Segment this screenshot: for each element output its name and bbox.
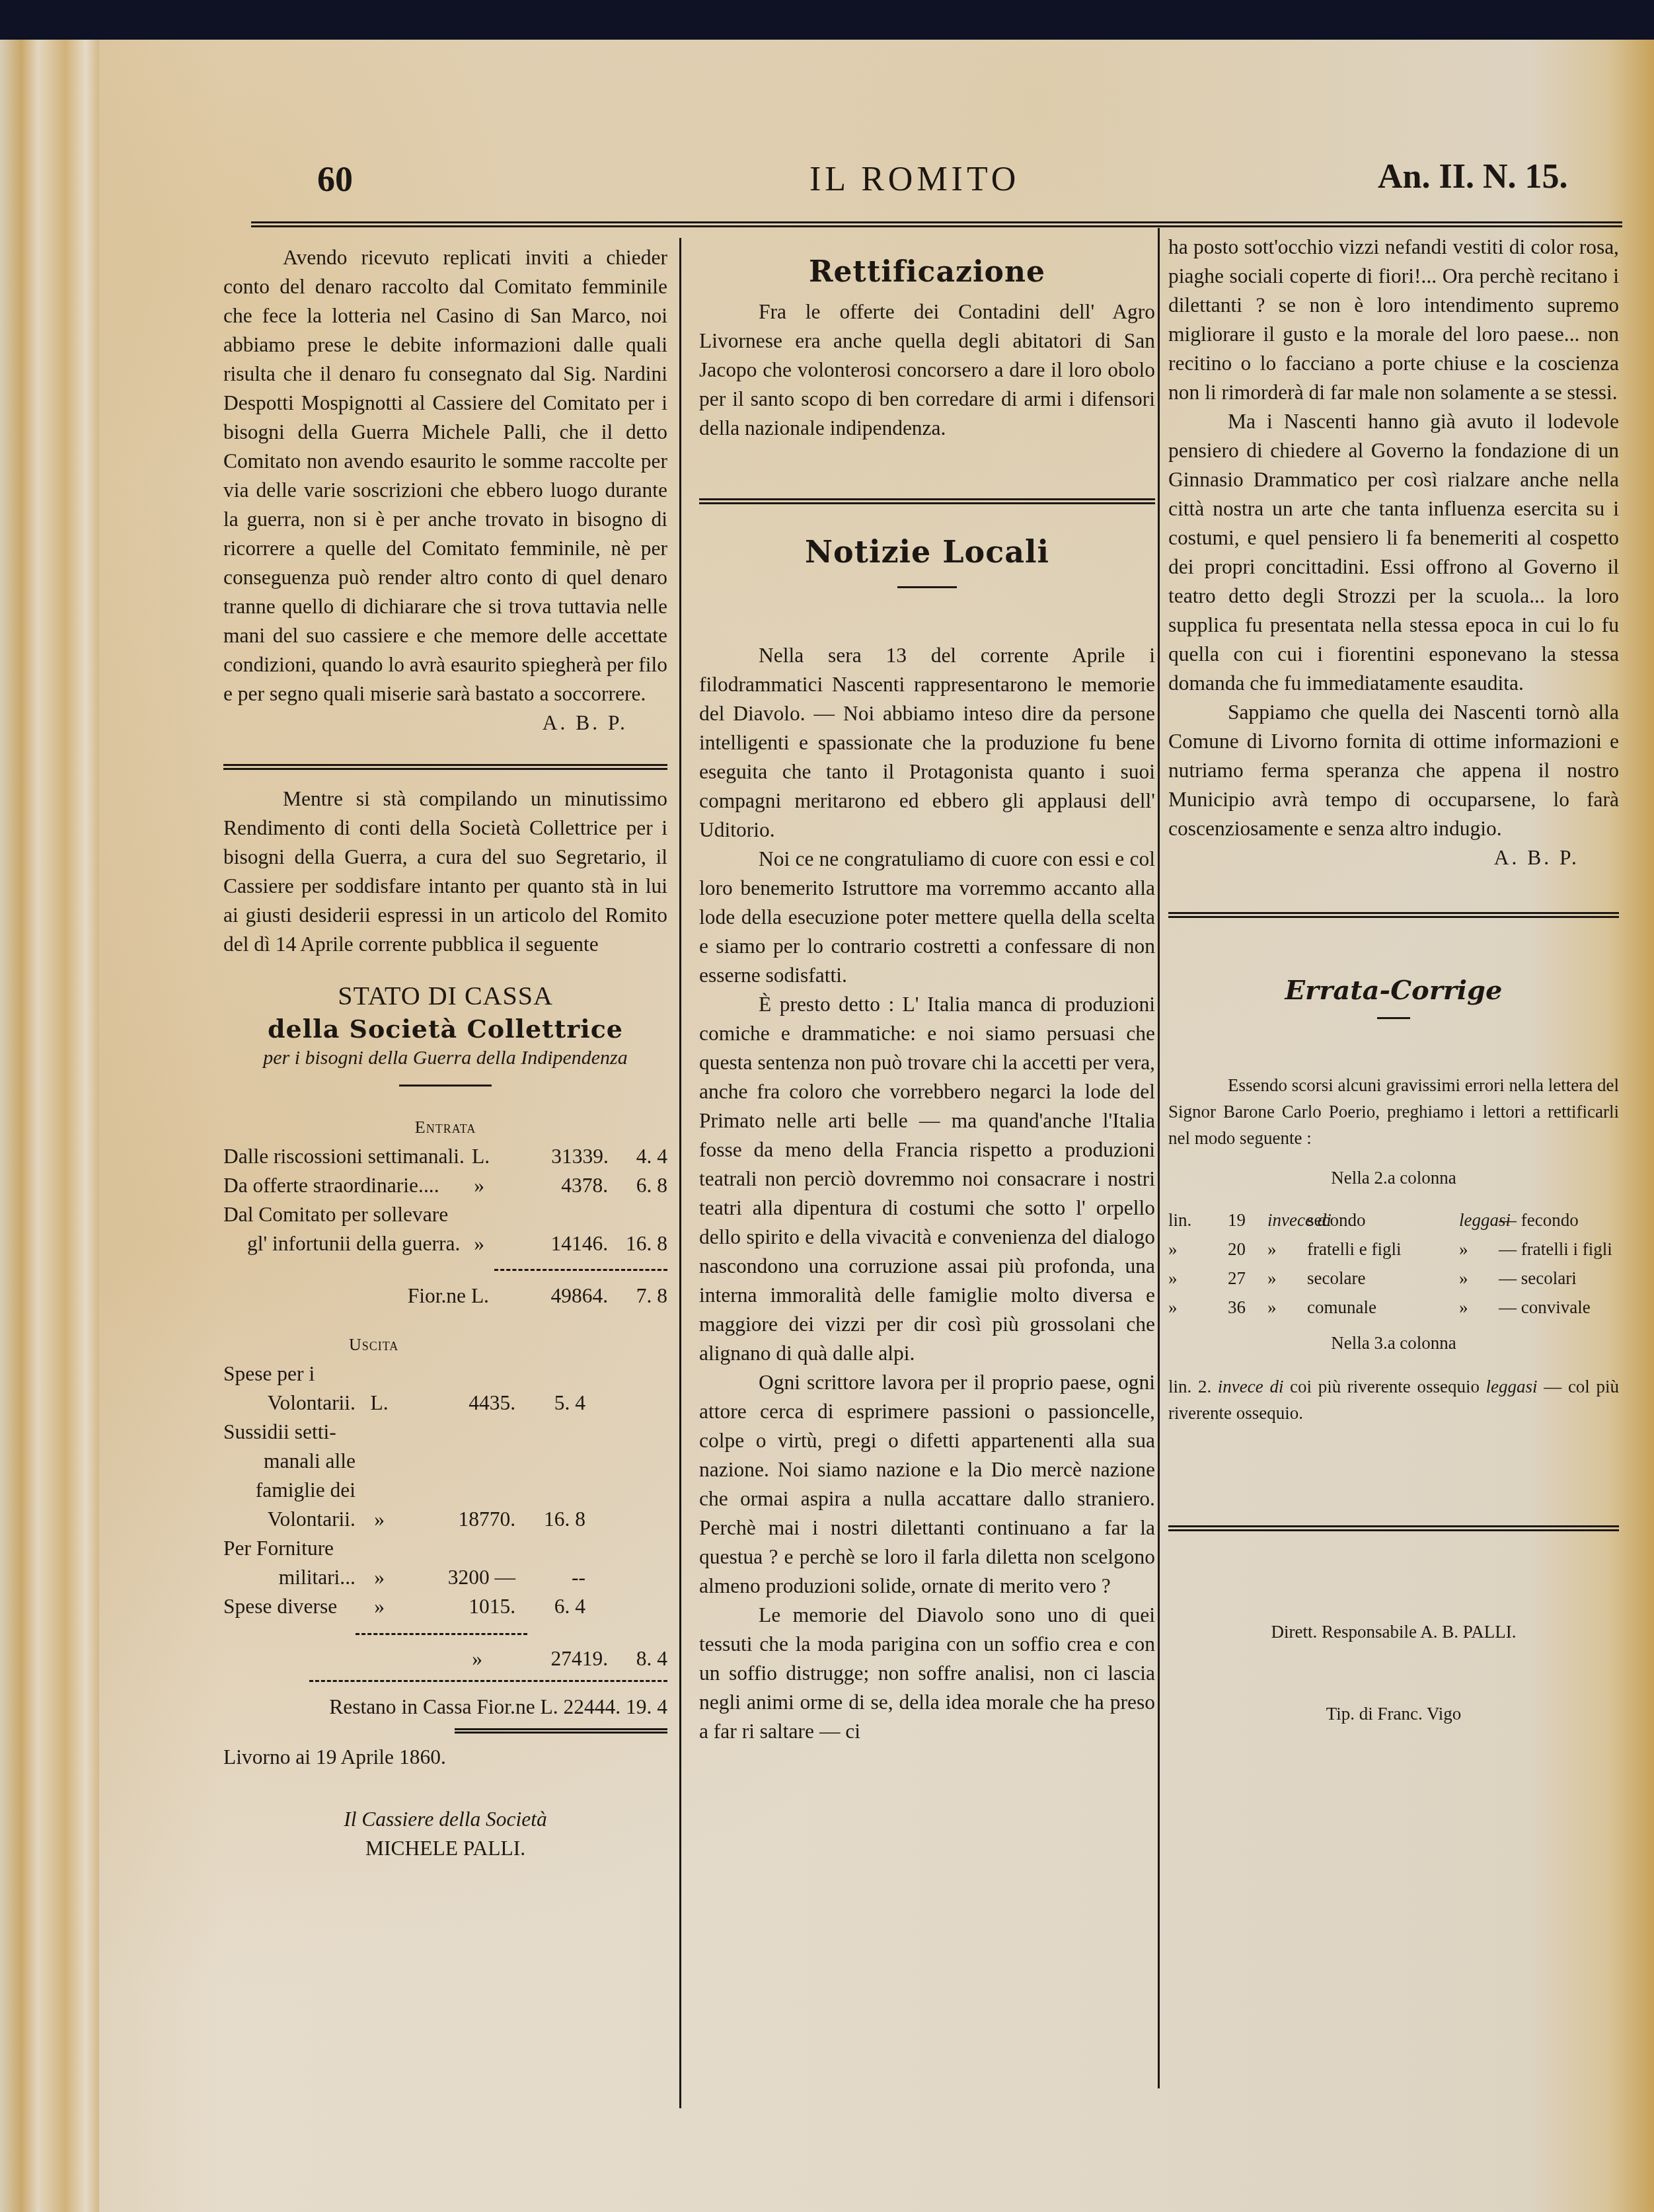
uscita-table: Spese per i Volontarii.L.4435.5. 4 Sussi… [223,1359,667,1621]
page-header: 60 IL ROMITO An. II. N. 15. [0,152,1654,205]
middle-column: Rettificazione Fra le offerte dei Contad… [699,243,1155,1746]
article-rettificazione: Rettificazione Fra le offerte dei Contad… [699,243,1155,443]
table-row: Da offerte straordinarie.... » 4378. 6. … [223,1171,667,1200]
left-column: Avendo ricevuto replicati inviti a chied… [223,243,667,1863]
article-paragraph: Mentre si stà compilando un minutissimo … [223,784,667,959]
article-title: Errata-Corrige [1168,977,1619,1004]
table-row: Dalle riscossioni settimanali. L. 31339.… [223,1142,667,1171]
errata-section-heading: Nella 2.a colonna [1168,1164,1619,1191]
article-paragraph: È presto detto : L' Italia manca di prod… [699,990,1155,1368]
article-signature: A. B. P. [223,708,667,738]
section-double-rule [223,764,667,770]
table-row: Dal Comitato per sollevare [223,1200,667,1229]
page-number: 60 [317,159,353,200]
errata-line: lin. 2. invece di coi più riverente osse… [1168,1373,1619,1426]
section-double-rule [1168,912,1619,918]
column-divider-1 [679,238,681,2108]
table-title: STATO DI CASSA [223,981,667,1011]
table-row: gl' infortunii della guerra. » 14146. 16… [223,1229,667,1258]
masthead-title: IL ROMITO [809,160,1020,199]
right-column: ha posto sott'occhio vizzi nefandi vesti… [1168,233,1619,1728]
article-comitato-femminile: Avendo ricevuto replicati inviti a chied… [223,243,667,738]
article-paragraph: ha posto sott'occhio vizzi nefandi vesti… [1168,233,1619,407]
errata-row: lin. 19 invece di secondo leggasi — feco… [1168,1205,1619,1235]
article-paragraph: Le memorie del Diavolo sono uno di quei … [699,1601,1155,1746]
article-stato-di-cassa: Mentre si stà compilando un minutissimo … [223,784,667,1863]
balance-amount: 22444. 19. 4 [564,1695,668,1718]
signoff-role: Il Cassiere della Società [223,1805,667,1834]
article-errata-corrige: Errata-Corrige Essendo scorsi alcuni gra… [1168,918,1619,1426]
article-notizie-locali: Notizie Locali Nella sera 13 del corrent… [699,504,1155,1746]
uscita-heading: Uscita [223,1330,667,1359]
section-double-rule [699,498,1155,504]
entrata-table: Dalle riscossioni settimanali. L. 31339.… [223,1142,667,1311]
footer-printer: Tip. di Franc. Vigo [1168,1699,1619,1728]
article-signature: A. B. P. [1168,843,1619,872]
errata-row: » 27 » secolare » — secolari [1168,1264,1619,1293]
header-double-rule [251,221,1622,227]
table-subtitle-italic: per i bisogni della Guerra della Indipen… [223,1044,667,1073]
article-paragraph: Avendo ricevuto replicati inviti a chied… [223,243,667,708]
article-paragraph: Essendo scorsi alcuni gravissimi errori … [1168,1072,1619,1151]
balance-double-rule [455,1728,667,1734]
uscita-total-row: » 27419. 8. 4 [223,1644,667,1673]
entrata-heading: Entrata [223,1113,667,1142]
footer-double-rule [1168,1525,1619,1531]
article-title: Rettificazione [699,258,1155,287]
article-paragraph: Fra le offerte dei Contadini dell' Agro … [699,297,1155,443]
article-paragraph: Ma i Nascenti hanno già avuto il lodevol… [1168,407,1619,698]
errata-section-heading: Nella 3.a colonna [1168,1330,1619,1356]
signoff-name: MICHELE PALLI. [223,1834,667,1863]
dateline: Livorno ai 19 Aprile 1860. [223,1743,667,1772]
article-continuation: ha posto sott'occhio vizzi nefandi vesti… [1168,233,1619,872]
errata-row: » 36 » comunale » — convivale [1168,1293,1619,1322]
article-paragraph: Nella sera 13 del corrente Aprile i filo… [699,641,1155,845]
article-paragraph: Noi ce ne congratuliamo di cuore con ess… [699,845,1155,990]
table-total-row: Fior.ne L. 49864. 7. 8 [223,1281,667,1311]
balance-row: Restano in Cassa Fior.ne L. 22444. 19. 4 [223,1693,667,1722]
errata-row: » 20 » fratelli e figli » — fratelli i f… [1168,1235,1619,1264]
column-divider-2 [1158,228,1160,2088]
table-subtitle: della Società Collettrice [223,1014,667,1044]
article-paragraph: Sappiamo che quella dei Nascenti tornò a… [1168,698,1619,843]
article-title: Notizie Locali [699,537,1155,566]
errata-table: lin. 19 invece di secondo leggasi — feco… [1168,1205,1619,1322]
issue-number: An. II. N. 15. [1378,157,1568,196]
article-paragraph: Ogni scrittore lavora per il proprio pae… [699,1368,1155,1601]
footer-director: Dirett. Responsabile A. B. PALLI. [1168,1617,1619,1646]
